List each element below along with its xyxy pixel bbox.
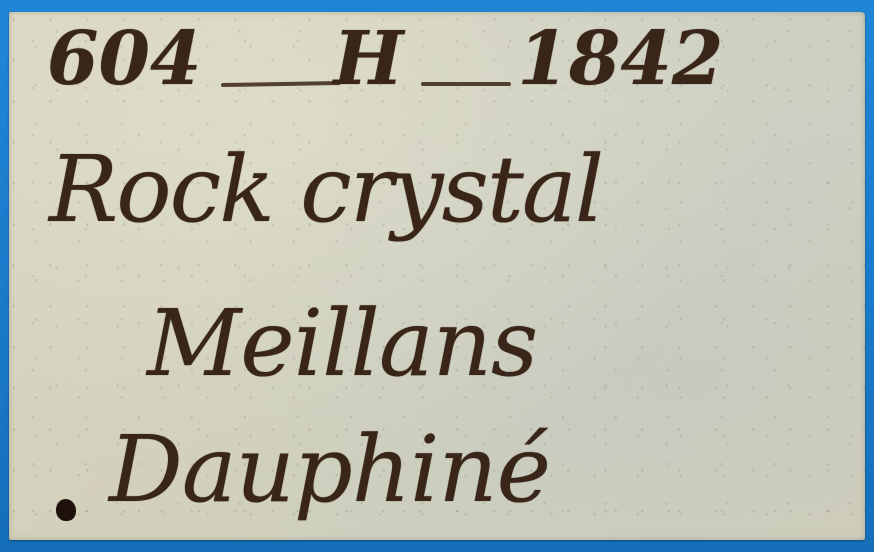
year: 1842 (517, 22, 723, 96)
catalog-line: 604 H 1842 (47, 22, 723, 96)
mineral-name: Rock crystal (49, 144, 602, 236)
specimen-label-card: 604 H 1842 Rock crystal Meillans Dauphin… (9, 12, 865, 540)
region-name: Dauphiné (109, 424, 550, 516)
series-letter: H (333, 22, 403, 96)
catalog-number: 604 (47, 22, 201, 96)
separator-dash (421, 82, 511, 86)
separator-dash (221, 81, 341, 87)
locality-name: Meillans (147, 298, 537, 390)
ink-blot (56, 499, 76, 521)
